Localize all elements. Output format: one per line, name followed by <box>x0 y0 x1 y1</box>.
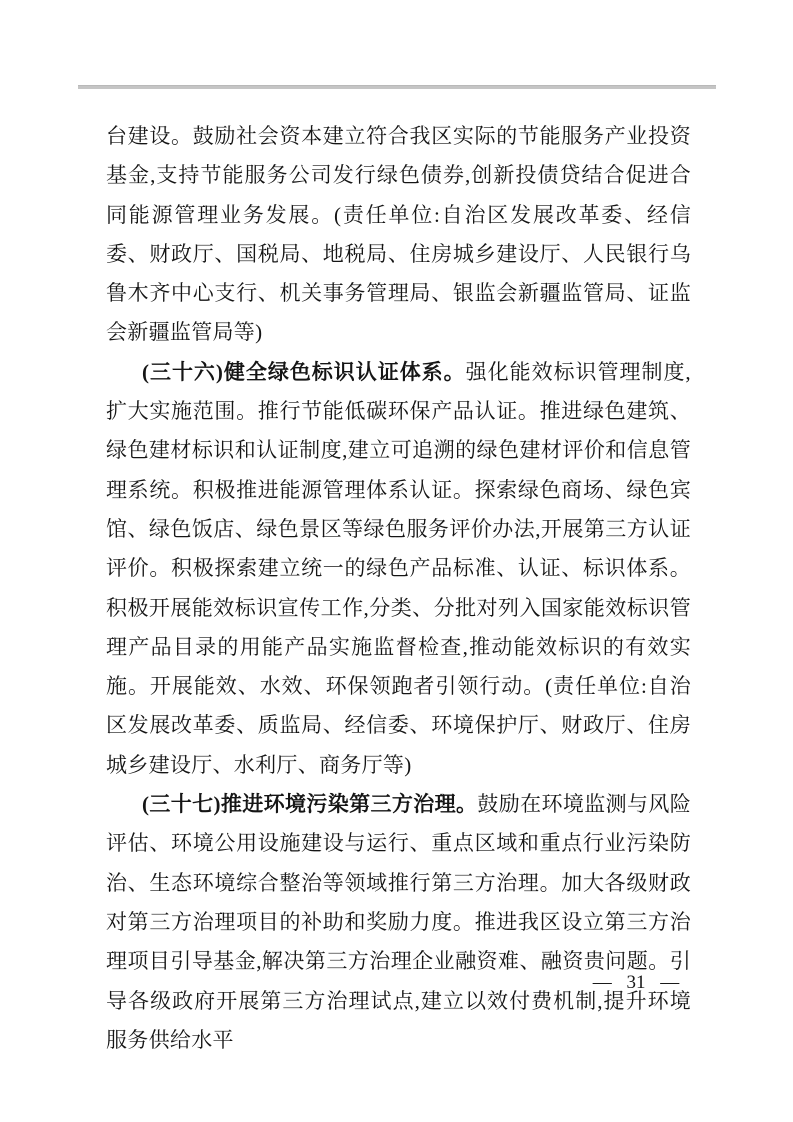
text-block: 台建设。鼓励社会资本建立符合我区实际的节能服务产业投资基金,支持节能服务公司发行… <box>106 117 691 1060</box>
paragraph-body: 台建设。鼓励社会资本建立符合我区实际的节能服务产业投资基金,支持节能服务公司发行… <box>106 124 691 344</box>
header-rule <box>78 85 716 89</box>
paragraph-item-36: (三十六)健全绿色标识认证体系。强化能效标识管理制度,扩大实施范围。推行节能低碳… <box>106 353 691 785</box>
page-number: — 31 — <box>556 972 716 994</box>
paragraph-lead: (三十六)健全绿色标识认证体系。 <box>142 360 466 384</box>
paragraph-body: 强化能效标识管理制度,扩大实施范围。推行节能低碳环保产品认证。推进绿色建筑、绿色… <box>106 360 691 777</box>
document-page: 台建设。鼓励社会资本建立符合我区实际的节能服务产业投资基金,支持节能服务公司发行… <box>0 0 793 1122</box>
paragraph-continuation: 台建设。鼓励社会资本建立符合我区实际的节能服务产业投资基金,支持节能服务公司发行… <box>106 117 691 353</box>
paragraph-body: 鼓励在环境监测与风险评估、环境公用设施建设与运行、重点区域和重点行业污染防治、生… <box>106 792 691 1052</box>
paragraph-item-37: (三十七)推进环境污染第三方治理。鼓励在环境监测与风险评估、环境公用设施建设与运… <box>106 785 691 1060</box>
paragraph-lead: (三十七)推进环境污染第三方治理。 <box>142 792 477 816</box>
